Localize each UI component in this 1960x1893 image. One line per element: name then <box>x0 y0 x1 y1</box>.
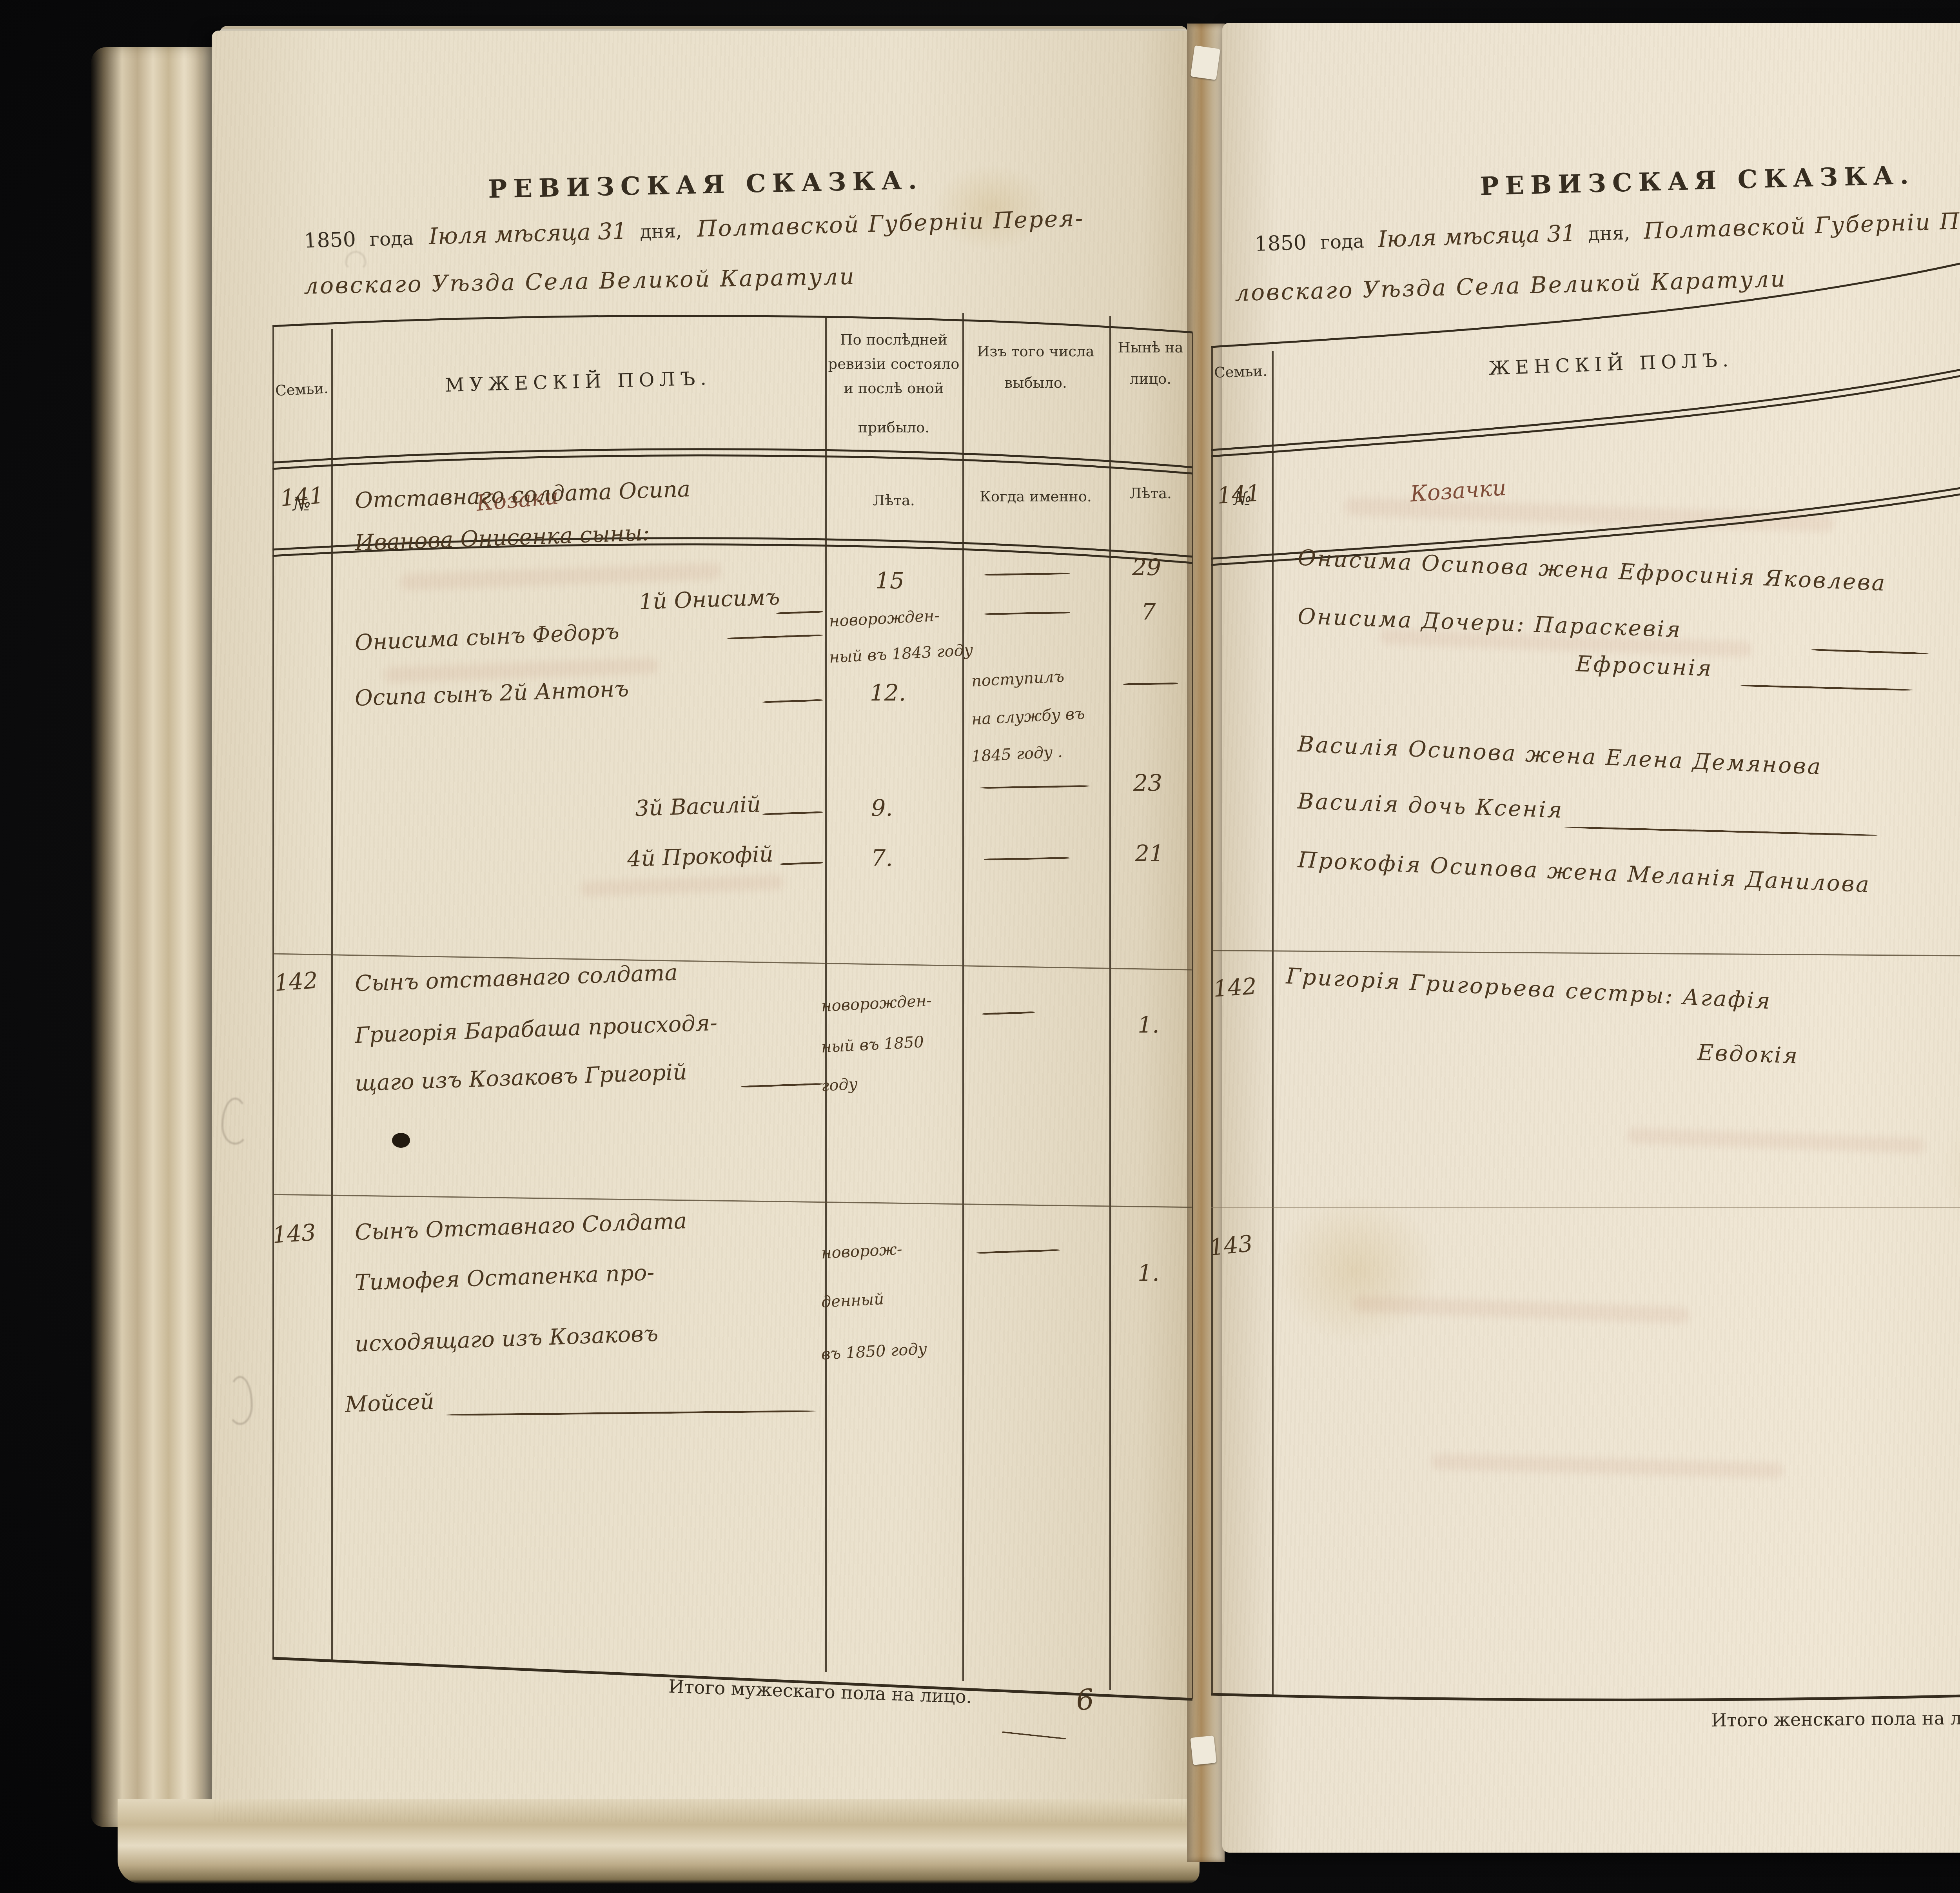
present-age: 1. <box>1138 1013 1159 1036</box>
right-col-line-2 <box>1272 351 1274 1695</box>
revision-note-line: году <box>821 1076 858 1094</box>
left-header-revision-4: прибыло. <box>858 420 929 435</box>
left-subheader-revision: Лѣта. <box>873 493 915 508</box>
left-header-revision-3: и послѣ оной <box>844 381 944 396</box>
left-header-revision-2: ревизіи состояло <box>828 357 959 371</box>
left-col-line-4 <box>962 313 964 1681</box>
right-subheader-estate-hw: Козачки <box>1410 477 1507 506</box>
right-footer-label: Итого женскаго пола на лицо. <box>1711 1709 1960 1729</box>
present-age: 23 <box>1133 771 1162 794</box>
revision-age: 12. <box>870 681 906 704</box>
present-age: 29 <box>1132 556 1161 579</box>
left-table-top-rule <box>272 316 1192 332</box>
right-col-line-1 <box>1211 347 1213 1695</box>
left-header-present-2: лицо. <box>1130 372 1171 386</box>
right-table-headrule-1b <box>1211 308 1960 456</box>
left-header-departed-2: выбыло. <box>1004 376 1067 390</box>
left-header-departed-1: Изъ того числа <box>977 344 1094 359</box>
departed-note-line: поступилъ <box>971 669 1065 689</box>
present-age: 7 <box>1142 601 1156 623</box>
left-date-year: 1850 <box>304 228 356 253</box>
person-name: Евдокія <box>1697 1042 1799 1067</box>
right-table-bottom-rule <box>1211 1686 1960 1700</box>
family-number: 142 <box>1212 975 1257 1000</box>
left-date-year-word: года <box>369 227 414 250</box>
left-subheader-departed: Когда именно. <box>980 489 1092 504</box>
departed-note-line: 1845 году . <box>971 744 1063 764</box>
left-col-line-6 <box>1192 332 1193 1699</box>
revision-note-line: новорож- <box>821 1241 902 1261</box>
person-name: 3й Василій <box>635 793 761 820</box>
left-col-line-5 <box>1109 316 1111 1690</box>
right-header-family: Семьи. <box>1214 364 1268 380</box>
family-number: 143 <box>272 1221 316 1247</box>
ink-blot <box>392 1133 410 1148</box>
revision-age: 9. <box>871 797 893 819</box>
right-date-day-word: дня, <box>1588 222 1630 245</box>
left-header-family: Семьи. <box>275 381 328 398</box>
present-age: 21 <box>1135 842 1164 865</box>
family-number: 142 <box>274 969 318 995</box>
left-col-line-2 <box>331 329 333 1662</box>
right-table-headrule-2a <box>1211 433 1960 559</box>
revision-note-line: денный <box>821 1291 884 1310</box>
left-header-present-1: Нынѣ на <box>1118 340 1183 355</box>
person-name: 4й Прокофій <box>627 844 774 871</box>
revision-age: 15 <box>875 569 904 592</box>
left-col-line-1 <box>272 326 274 1659</box>
left-subheader-present: Лѣта. <box>1129 486 1171 501</box>
person-name: 1й Онисимъ <box>639 586 780 613</box>
left-footer-total: 6 <box>1074 1685 1095 1715</box>
family-number: 143 <box>1208 1232 1254 1259</box>
family-number: 141 <box>279 484 324 510</box>
left-header-revision-1: По послѣдней <box>840 332 947 347</box>
scanned-book-spread: РЕВИЗСКАЯ СКАЗКА. 1850 года Іюля мѣсяца … <box>0 0 1960 1893</box>
person-name: Ефросинія <box>1575 653 1713 680</box>
revision-age: 7. <box>871 847 893 869</box>
left-date-month-hw: Іюля мѣсяца 31 <box>428 218 627 250</box>
left-col-line-3 <box>825 316 827 1672</box>
family-number: 141 <box>1216 481 1261 507</box>
right-date-year-word: года <box>1320 230 1365 253</box>
left-date-day-word: дня, <box>639 220 682 243</box>
right-date-year: 1850 <box>1254 231 1307 256</box>
right-family-divider-2 <box>1211 1207 1960 1208</box>
present-age: 1. <box>1138 1261 1159 1284</box>
person-name: Мойсей <box>345 1391 435 1416</box>
